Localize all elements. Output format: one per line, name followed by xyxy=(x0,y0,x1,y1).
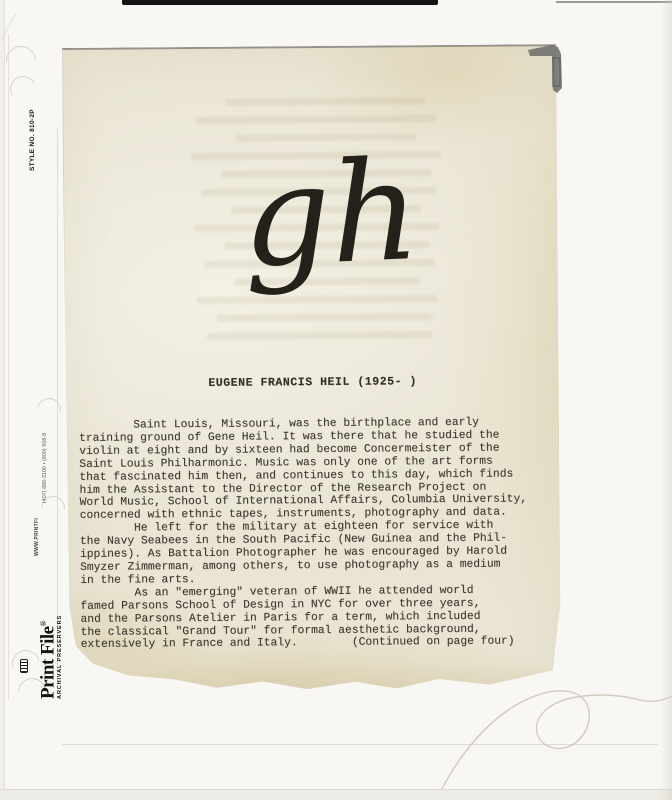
sleeve-bottom-band xyxy=(0,789,672,800)
scanner-edge-shadow xyxy=(122,0,438,5)
brand-name: Print File® xyxy=(34,565,57,699)
brand-tagline: ARCHIVAL PRESERVERS xyxy=(57,565,63,699)
scanner-edge-line xyxy=(556,1,672,3)
scanned-photo-sleeve: STYLE NO. 810-2P (407) 886-3100 • (800) … xyxy=(0,0,672,800)
page-title: EUGENE FRANCIS HEIL (1925- ) xyxy=(66,374,560,391)
sleeve-bottom-seam xyxy=(62,744,658,745)
film-strip-icon xyxy=(20,659,28,673)
phone-number-label: (407) 886-3100 • (800) 508-8 xyxy=(42,391,48,503)
website-label: WWW.PRINTFI xyxy=(34,482,40,556)
monogram-gh: gh xyxy=(239,143,409,288)
binder-hole xyxy=(33,394,66,427)
registered-mark: ® xyxy=(39,621,48,626)
binder-strip-outer-seam xyxy=(8,34,9,700)
style-number-label: STYLE NO. 810-2P xyxy=(29,91,36,171)
sleeve-left-edge xyxy=(0,0,5,800)
scanned-page: gh EUGENE FRANCIS HEIL (1925- ) Saint Lo… xyxy=(62,44,563,696)
brand-name-text: Print File xyxy=(37,626,58,699)
typewritten-text: Saint Louis, Missouri, was the birthplac… xyxy=(79,416,528,652)
print-file-logo: Print File® ARCHIVAL PRESERVERS xyxy=(16,565,63,699)
sleeve-right-shade xyxy=(660,0,672,800)
